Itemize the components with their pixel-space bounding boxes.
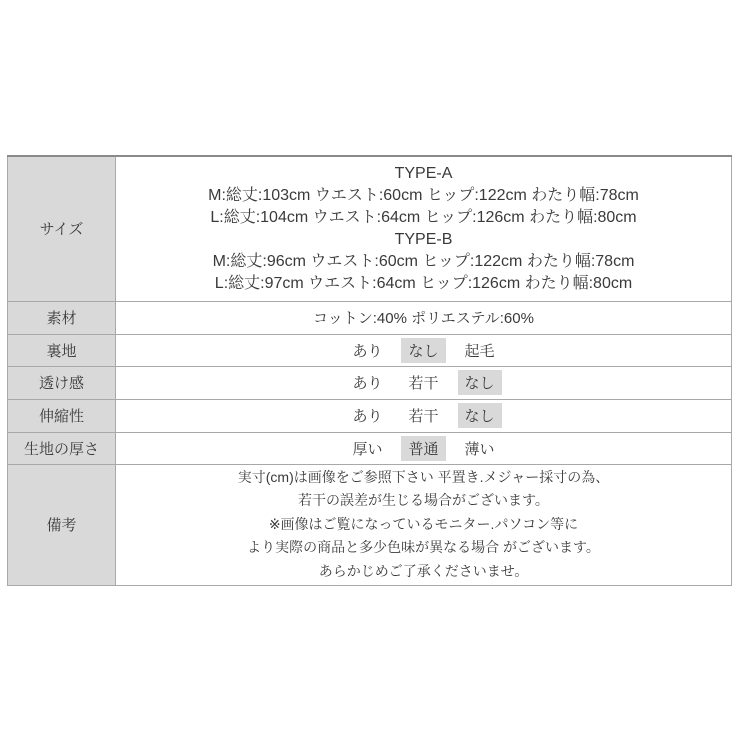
notes-line-3: ※画像はご覧になっているモニター.パソコン等に: [116, 513, 731, 537]
row-label-stretch: 伸縮性: [8, 399, 116, 432]
option-stretch-nashi: なし: [458, 403, 502, 428]
option-stretch-ari: あり: [345, 403, 389, 428]
row-label-notes: 備考: [8, 464, 116, 585]
product-spec-page: サイズ TYPE-A M:総丈:103cm ウエスト:60cm ヒップ:122c…: [0, 0, 740, 740]
sheerness-value-cell: あり 若干 なし: [116, 366, 732, 399]
size-line-type-a-m: M:総丈:103cm ウエスト:60cm ヒップ:122cm わたり幅:78cm: [116, 185, 731, 207]
option-sheer-nashi: なし: [458, 370, 502, 395]
table-row-sheerness: 透け感 あり 若干 なし: [8, 366, 732, 399]
table-row-stretch: 伸縮性 あり 若干 なし: [8, 399, 732, 432]
product-spec-table: サイズ TYPE-A M:総丈:103cm ウエスト:60cm ヒップ:122c…: [7, 155, 732, 586]
sheerness-options: あり 若干 なし: [116, 370, 731, 395]
notes-line-1: 実寸(cm)は画像をご参照下さい 平置き.メジャー採寸の為、: [116, 466, 731, 490]
stretch-options: あり 若干 なし: [116, 403, 731, 428]
stretch-value-cell: あり 若干 なし: [116, 399, 732, 432]
option-lining-nashi: なし: [401, 338, 445, 363]
row-label-thickness: 生地の厚さ: [8, 432, 116, 464]
thickness-value-cell: 厚い 普通 薄い: [116, 432, 732, 464]
notes-lines: 実寸(cm)は画像をご参照下さい 平置き.メジャー採寸の為、 若干の誤差が生じる…: [116, 466, 731, 584]
size-line-type-b: TYPE-B: [116, 229, 731, 251]
option-thick-usui: 薄い: [458, 436, 502, 461]
size-value-cell: TYPE-A M:総丈:103cm ウエスト:60cm ヒップ:122cm わた…: [116, 156, 732, 301]
table-row-size: サイズ TYPE-A M:総丈:103cm ウエスト:60cm ヒップ:122c…: [8, 156, 732, 301]
size-lines: TYPE-A M:総丈:103cm ウエスト:60cm ヒップ:122cm わた…: [116, 163, 731, 295]
size-line-type-b-l: L:総丈:97cm ウエスト:64cm ヒップ:126cm わたり幅:80cm: [116, 273, 731, 295]
notes-value-cell: 実寸(cm)は画像をご参照下さい 平置き.メジャー採寸の為、 若干の誤差が生じる…: [116, 464, 732, 585]
table-row-thickness: 生地の厚さ 厚い 普通 薄い: [8, 432, 732, 464]
option-thick-futsuu: 普通: [401, 436, 445, 461]
notes-line-4: より実際の商品と多少色味が異なる場合 がございます。: [116, 536, 731, 560]
table-row-lining: 裏地 あり なし 起毛: [8, 334, 732, 366]
size-line-type-a: TYPE-A: [116, 163, 731, 185]
option-stretch-jakkan: 若干: [401, 403, 445, 428]
option-thick-atsui: 厚い: [345, 436, 389, 461]
lining-options: あり なし 起毛: [116, 338, 731, 363]
table-row-material: 素材 コットン:40% ポリエステル:60%: [8, 301, 732, 334]
size-line-type-a-l: L:総丈:104cm ウエスト:64cm ヒップ:126cm わたり幅:80cm: [116, 207, 731, 229]
option-lining-kimo: 起毛: [458, 338, 502, 363]
row-label-material: 素材: [8, 301, 116, 334]
size-line-type-b-m: M:総丈:96cm ウエスト:60cm ヒップ:122cm わたり幅:78cm: [116, 251, 731, 273]
notes-line-2: 若干の誤差が生じる場合がございます。: [116, 489, 731, 513]
row-label-lining: 裏地: [8, 334, 116, 366]
material-value: コットン:40% ポリエステル:60%: [116, 301, 732, 334]
row-label-size: サイズ: [8, 156, 116, 301]
option-sheer-ari: あり: [345, 370, 389, 395]
option-lining-ari: あり: [345, 338, 389, 363]
notes-line-5: あらかじめご了承くださいませ。: [116, 560, 731, 584]
lining-value-cell: あり なし 起毛: [116, 334, 732, 366]
thickness-options: 厚い 普通 薄い: [116, 436, 731, 461]
option-sheer-jakkan: 若干: [401, 370, 445, 395]
row-label-sheerness: 透け感: [8, 366, 116, 399]
table-row-notes: 備考 実寸(cm)は画像をご参照下さい 平置き.メジャー採寸の為、 若干の誤差が…: [8, 464, 732, 585]
